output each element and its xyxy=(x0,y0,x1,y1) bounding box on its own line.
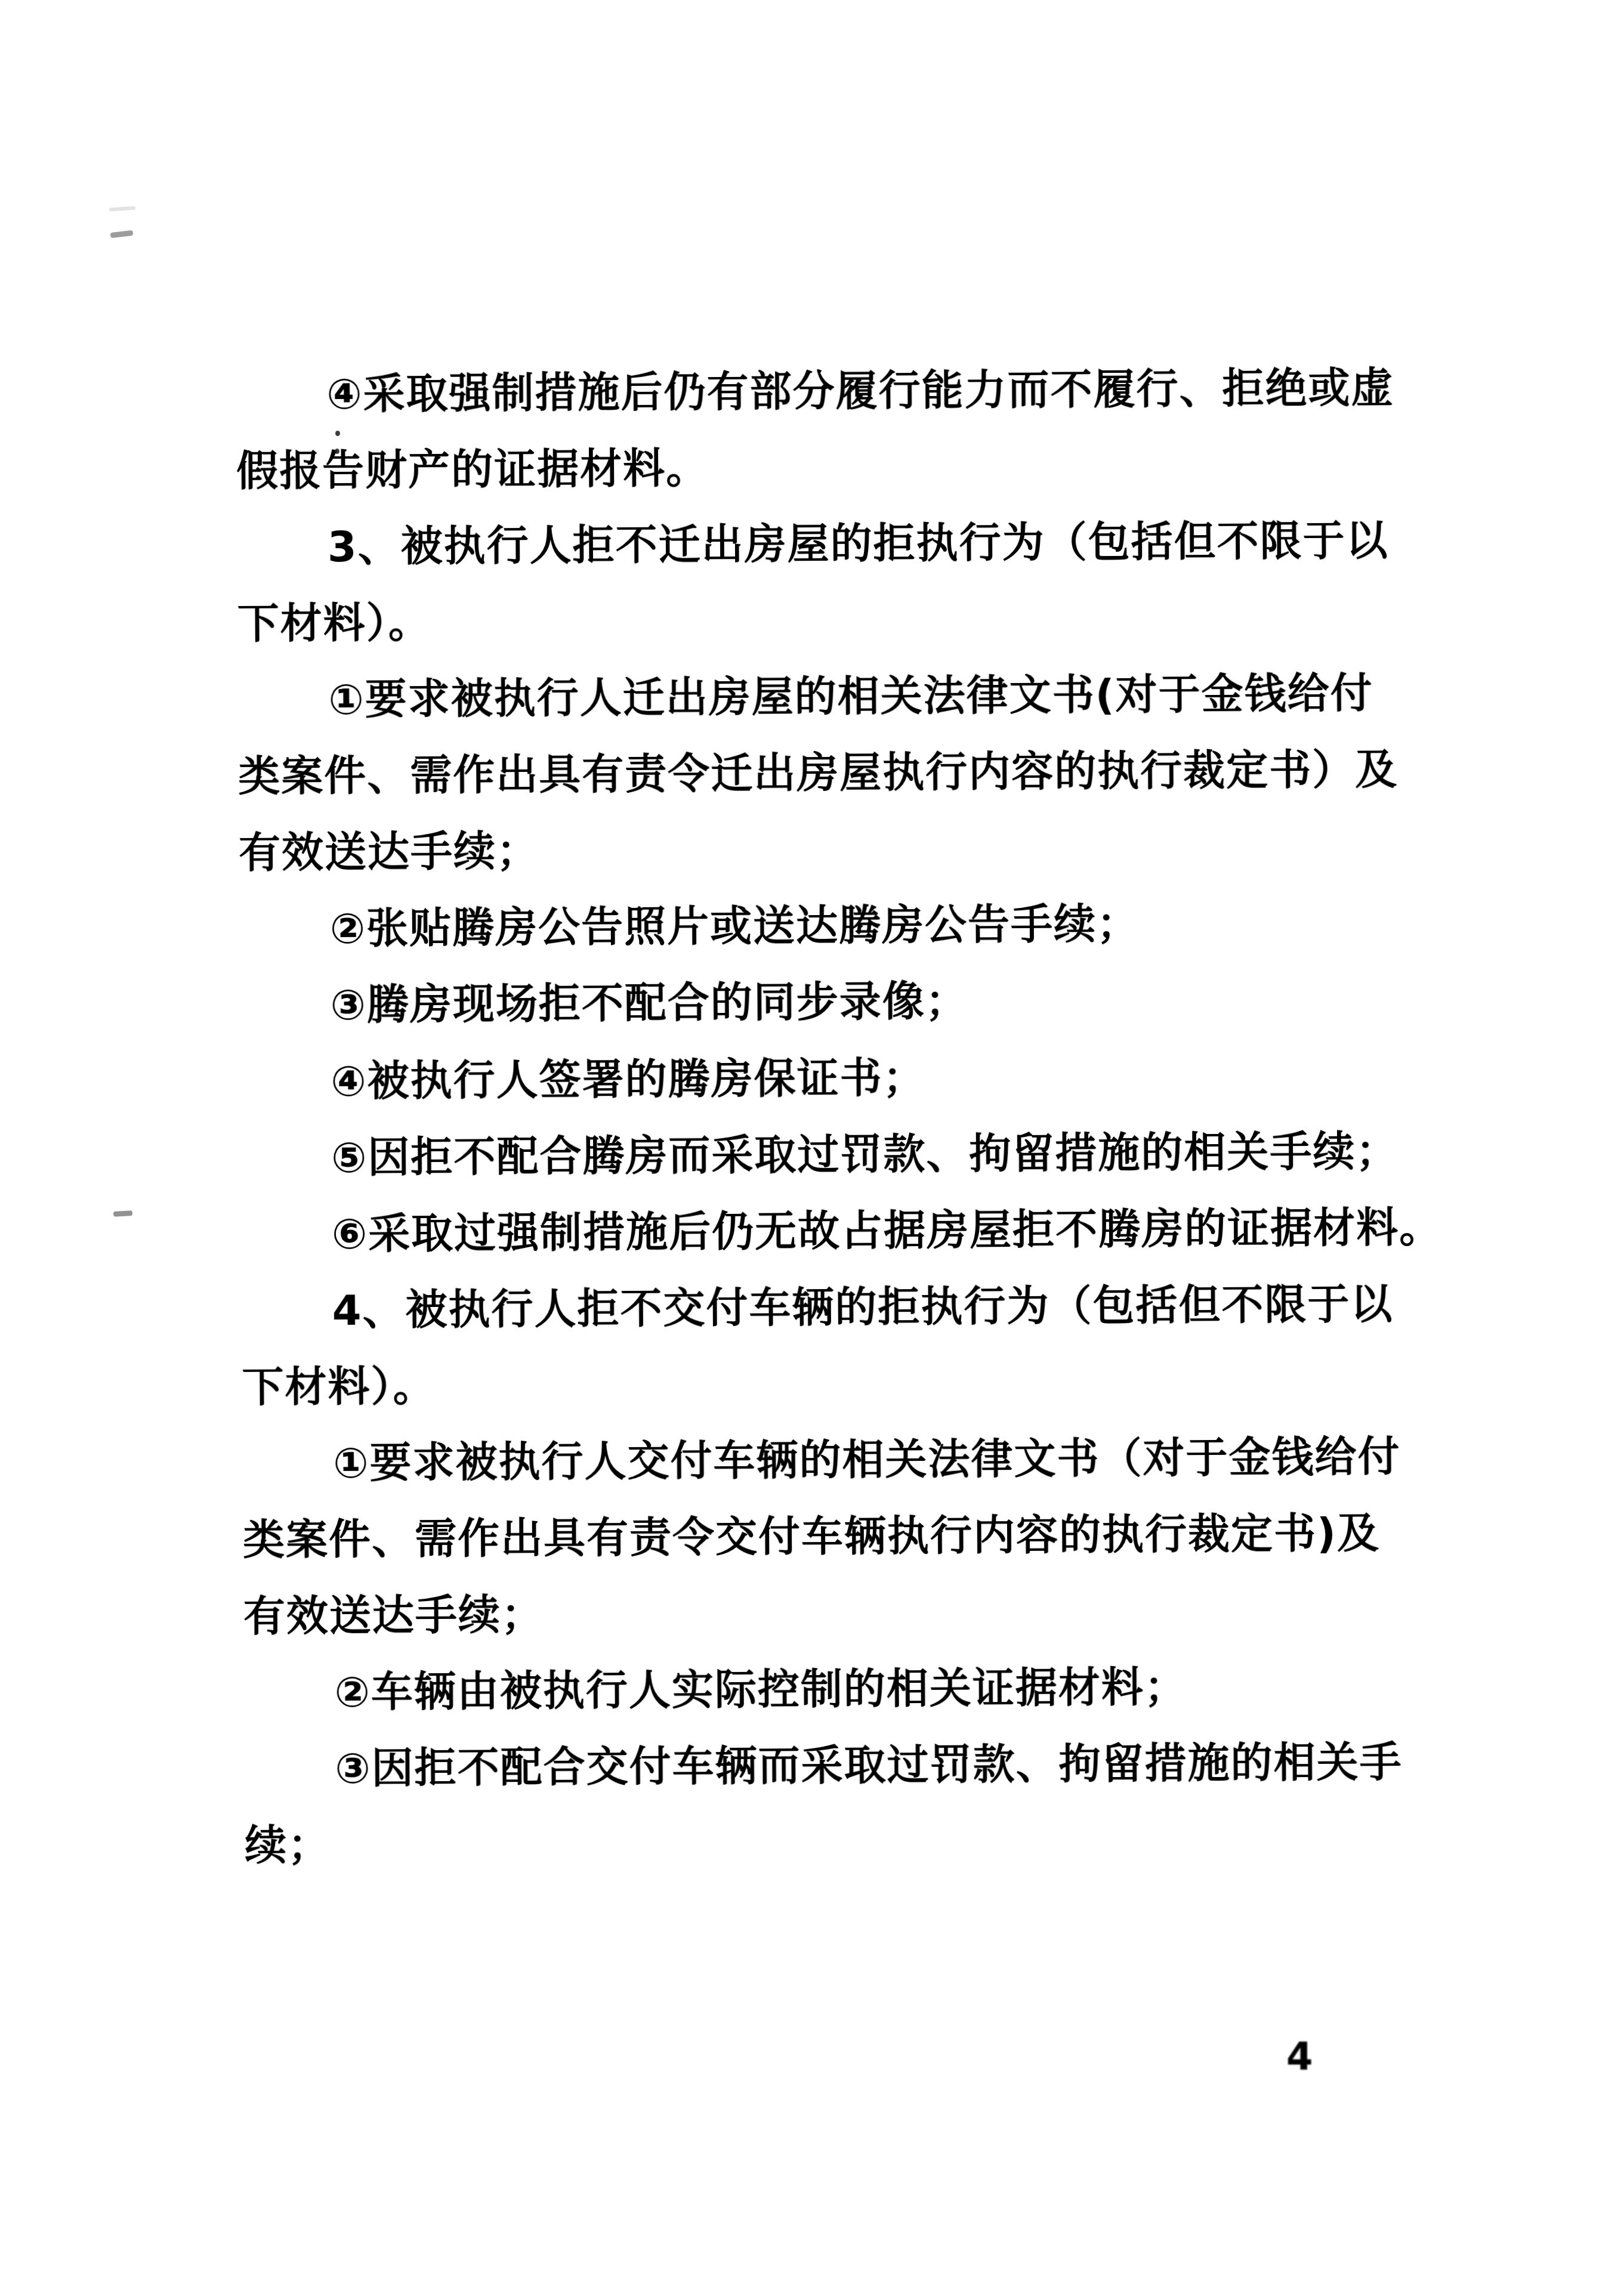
text-line: ②车辆由被执行人实际控制的相关证据材料； xyxy=(243,1648,1428,1731)
page-number: 4 xyxy=(1286,2035,1313,2079)
text-line: 类案件、需作出具有责令交付车辆执行内容的执行裁定书)及 xyxy=(243,1495,1428,1578)
text-line: 类案件、需作出具有责令迁出房屋执行内容的执行裁定书）及 xyxy=(238,731,1423,815)
text-line: 下材料）。 xyxy=(237,579,1422,662)
text-line: 下材料）。 xyxy=(242,1342,1427,1426)
text-line: ③腾房现场拒不配合的同步录像； xyxy=(239,960,1424,1044)
scan-smudge xyxy=(109,206,135,211)
scan-smudge xyxy=(113,1210,132,1217)
text-line: ④被执行人签署的腾房保证书； xyxy=(240,1037,1425,1120)
text-line: ⑤因拒不配合腾房而采取过罚款、拘留措施的相关手续； xyxy=(240,1113,1425,1197)
scan-smudge xyxy=(110,230,134,239)
text-line: ②张贴腾房公告照片或送达腾房公告手续； xyxy=(239,884,1424,968)
text-line: 续； xyxy=(245,1800,1430,1884)
scan-speck xyxy=(335,449,339,454)
text-line: ①要求被执行人迁出房屋的相关法律文书(对于金钱给付 xyxy=(237,655,1422,738)
text-line: 假报告财产的证据材料。 xyxy=(236,426,1421,509)
text-line: 4、被执行人拒不交付车辆的拒执行为（包括但不限于以 xyxy=(241,1266,1426,1349)
text-line: ⑥采取过强制措施后仍无故占据房屋拒不腾房的证据材料。 xyxy=(241,1189,1426,1273)
document-text: ④采取强制措施后仍有部分履行能力而不履行、拒绝或虚假报告财产的证据材料。3、被执… xyxy=(236,350,1430,1884)
text-line: 3、被执行人拒不迁出房屋的拒执行为（包括但不限于以 xyxy=(237,502,1422,586)
text-line: 有效送达手续； xyxy=(239,808,1424,891)
scan-speck xyxy=(335,431,340,436)
text-line: ④采取强制措施后仍有部分履行能力而不履行、拒绝或虚 xyxy=(236,350,1421,433)
text-line: ①要求被执行人交付车辆的相关法律文书（对于金钱给付 xyxy=(242,1419,1427,1502)
text-line: ③因拒不配合交付车辆而采取过罚款、拘留措施的相关手 xyxy=(244,1724,1429,1807)
text-line: 有效送达手续； xyxy=(243,1571,1428,1655)
scanned-page: ④采取强制措施后仍有部分履行能力而不履行、拒绝或虚假报告财产的证据材料。3、被执… xyxy=(0,0,1624,2296)
